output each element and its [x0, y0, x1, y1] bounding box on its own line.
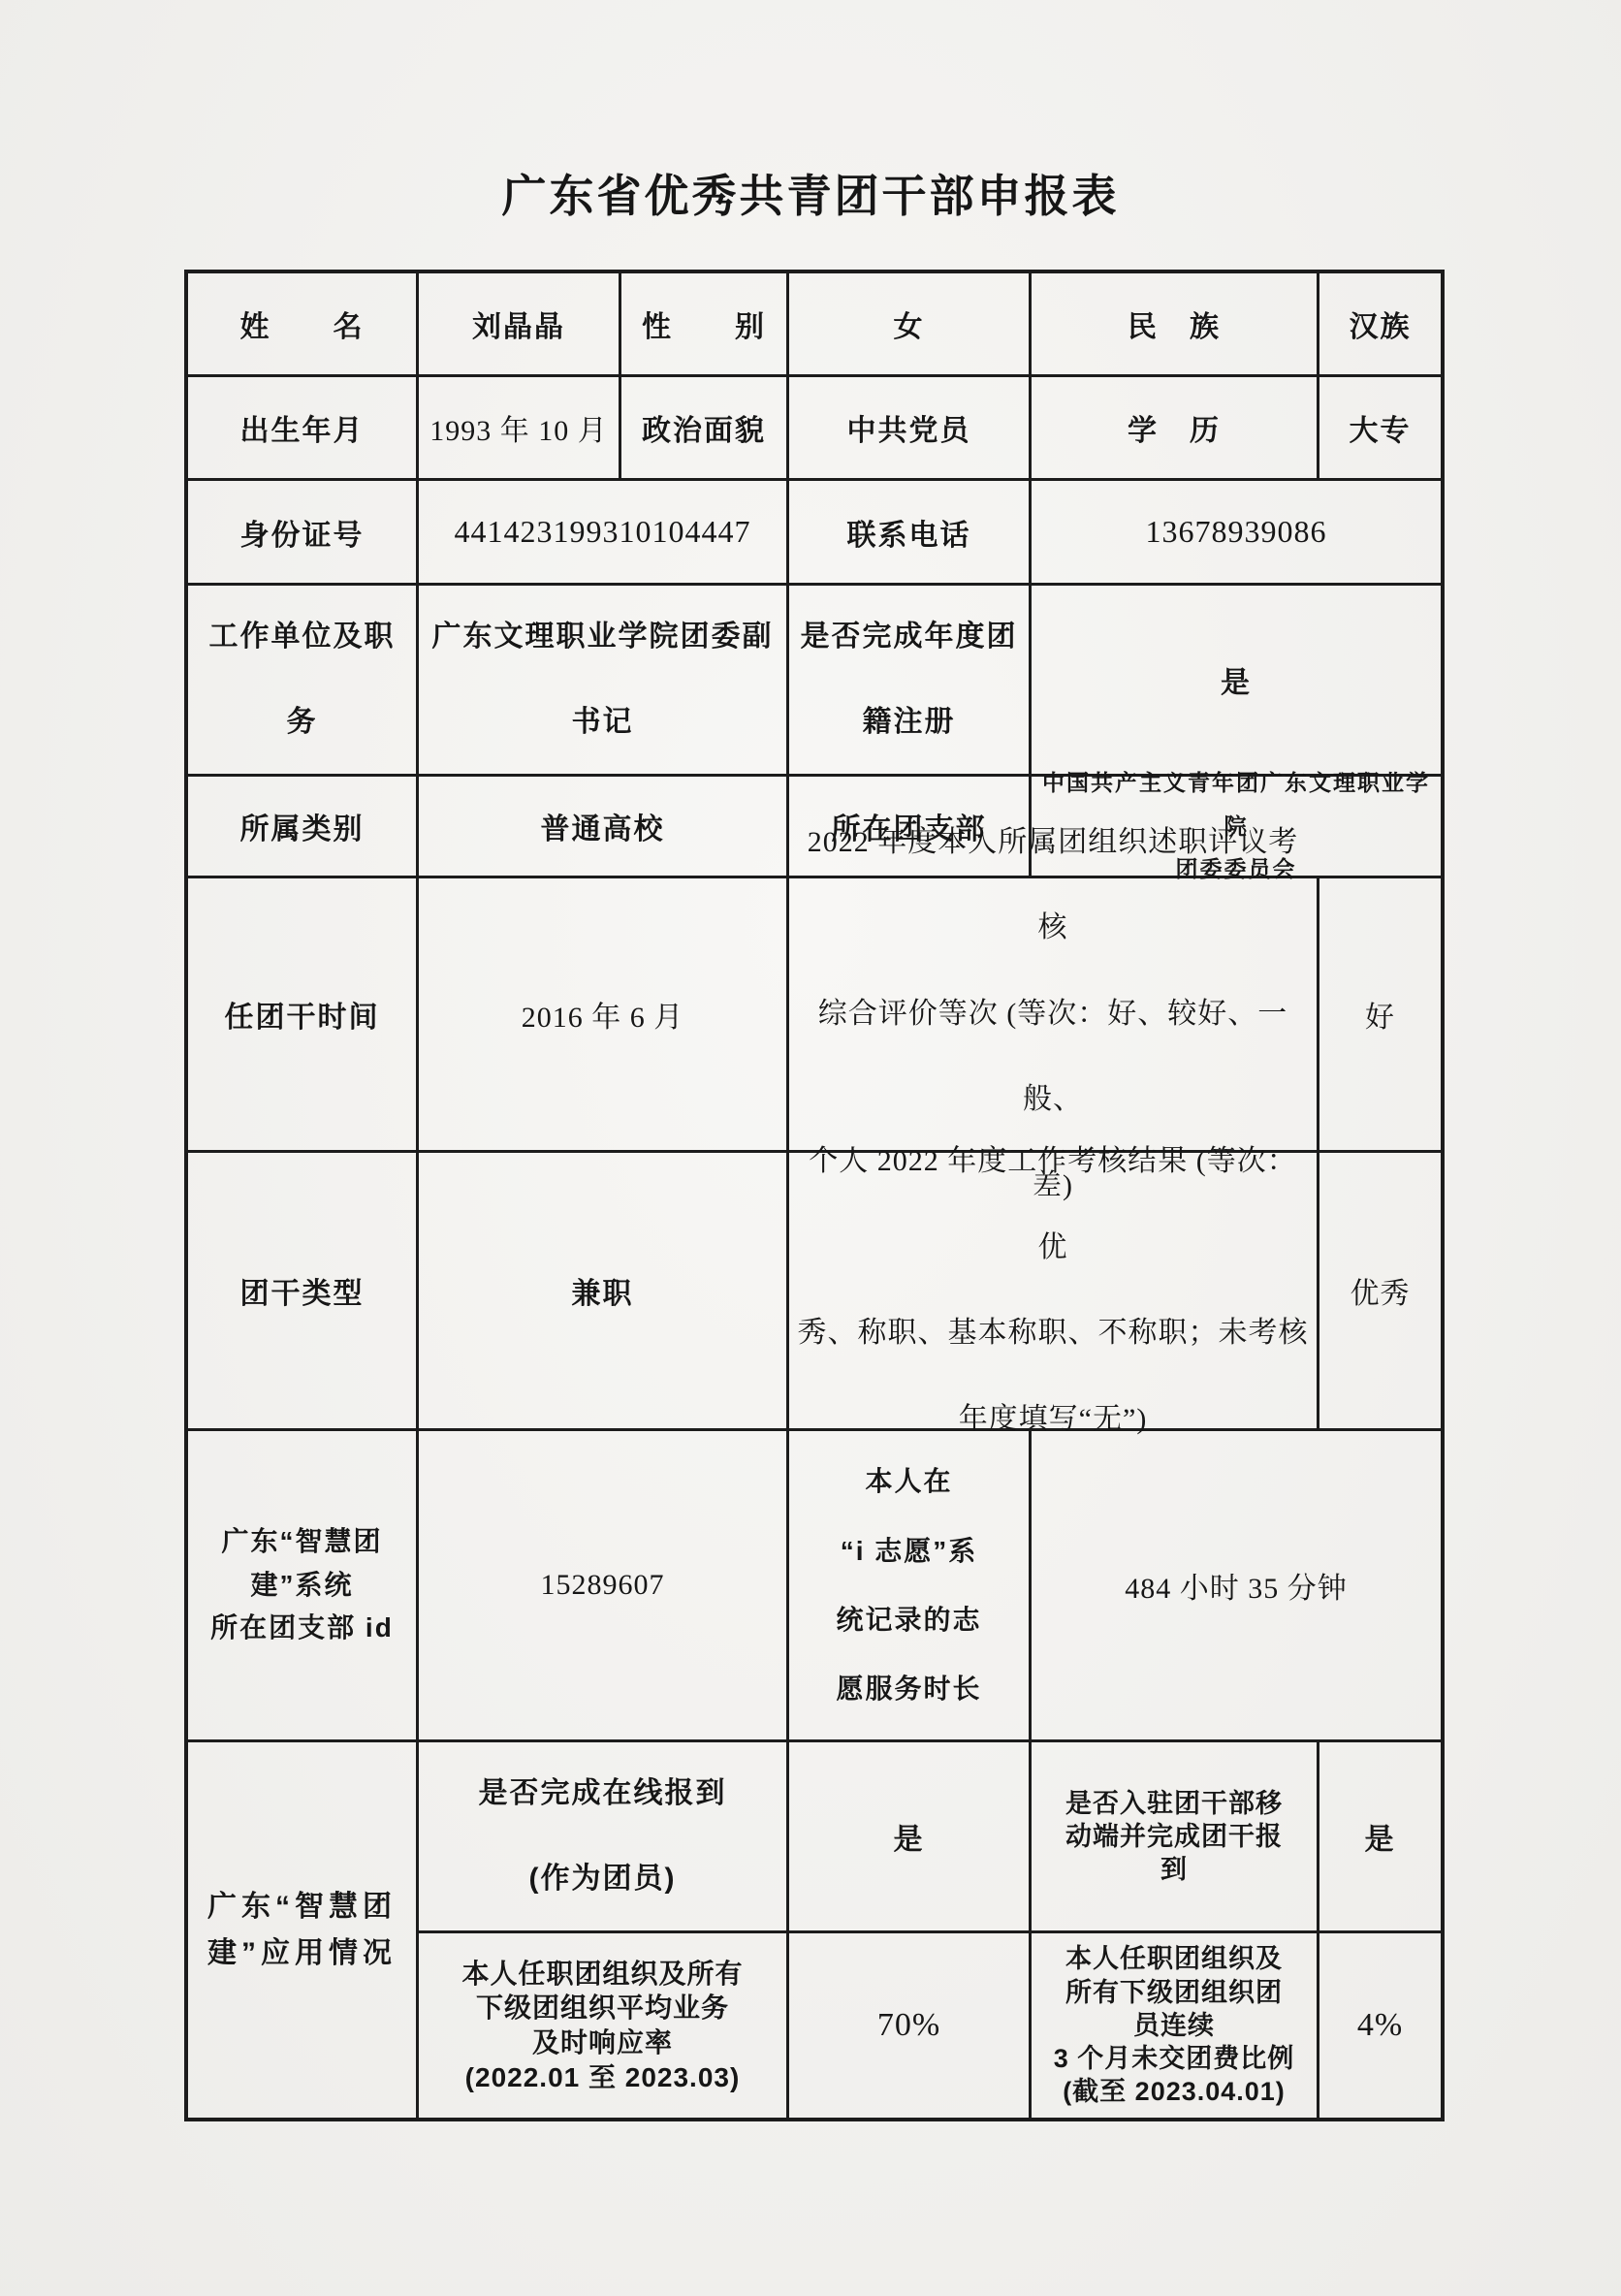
application-form-table: 姓 名 刘晶晶 性 别 女 民 族 汉族 出生年月 1993 年 10 月 政治… — [184, 270, 1445, 2121]
dues-unpaid-ratio-label: 本人任职团组织及 所有下级团组织团 员连续 3 个月未交团费比例 (截至 202… — [1032, 1933, 1319, 2118]
category-value: 普通高校 — [419, 777, 789, 878]
gender-label: 性 别 — [621, 273, 789, 377]
review-rating-label: 2022 年度本人所属团组织述职评议考核 综合评价等次 (等次：好、较好、一般、… — [789, 878, 1319, 1153]
smart-league-branch-id-value: 15289607 — [419, 1431, 789, 1742]
membership-registration-value: 是 — [1032, 586, 1441, 777]
online-checkin-label: 是否完成在线报到 (作为团员) — [419, 1742, 789, 1933]
tenure-label: 任团干时间 — [188, 878, 419, 1153]
cadre-type-value: 兼职 — [419, 1153, 789, 1431]
response-rate-label: 本人任职团组织及所有 下级团组织平均业务 及时响应率 (2022.01 至 20… — [419, 1933, 789, 2118]
assessment-result-label: 个人 2022 年度工作考核结果 (等次：优 秀、称职、基本称职、不称职；未考核… — [789, 1153, 1319, 1431]
scanned-application-form-page: { "page": { "title": "广东省优秀共青团干部申报表", "p… — [0, 0, 1621, 2296]
phone-label: 联系电话 — [789, 481, 1032, 586]
online-checkin-value: 是 — [789, 1742, 1032, 1933]
political-status-value: 中共党员 — [789, 377, 1032, 481]
birth-value: 1993 年 10 月 — [419, 377, 621, 481]
tenure-value: 2016 年 6 月 — [419, 878, 789, 1153]
id-number-label: 身份证号 — [188, 481, 419, 586]
phone-value: 13678939086 — [1032, 481, 1441, 586]
ethnicity-value: 汉族 — [1319, 273, 1441, 377]
work-unit-value: 广东文理职业学院团委副 书记 — [419, 586, 789, 777]
mobile-checkin-value: 是 — [1319, 1742, 1441, 1933]
dues-unpaid-ratio-value: 4% — [1319, 1933, 1441, 2118]
work-unit-label: 工作单位及职 务 — [188, 586, 419, 777]
education-label: 学 历 — [1032, 377, 1319, 481]
response-rate-value: 70% — [789, 1933, 1032, 2118]
assessment-result-value: 优秀 — [1319, 1153, 1441, 1431]
political-status-label: 政治面貌 — [621, 377, 789, 481]
membership-registration-label: 是否完成年度团 籍注册 — [789, 586, 1032, 777]
smart-league-branch-id-label: 广东“智慧团 建”系统 所在团支部 id — [188, 1431, 419, 1742]
id-number-value: 441423199310104447 — [419, 481, 789, 586]
birth-label: 出生年月 — [188, 377, 419, 481]
gender-value: 女 — [789, 273, 1032, 377]
cadre-type-label: 团干类型 — [188, 1153, 419, 1431]
volunteer-hours-value: 484 小时 35 分钟 — [1032, 1431, 1441, 1742]
page-title: 广东省优秀共青团干部申报表 — [0, 161, 1621, 225]
smart-league-usage-label: 广东“智慧团 建”应用情况 — [188, 1742, 419, 2118]
review-rating-value: 好 — [1319, 878, 1441, 1153]
education-value: 大专 — [1319, 377, 1441, 481]
category-label: 所属类别 — [188, 777, 419, 878]
ethnicity-label: 民 族 — [1032, 273, 1319, 377]
mobile-checkin-label: 是否入驻团干部移 动端并完成团干报 到 — [1032, 1742, 1319, 1933]
volunteer-hours-label: 本人在 “i 志愿”系 统记录的志 愿服务时长 — [789, 1431, 1032, 1742]
name-label: 姓 名 — [188, 273, 419, 377]
name-value: 刘晶晶 — [419, 273, 621, 377]
